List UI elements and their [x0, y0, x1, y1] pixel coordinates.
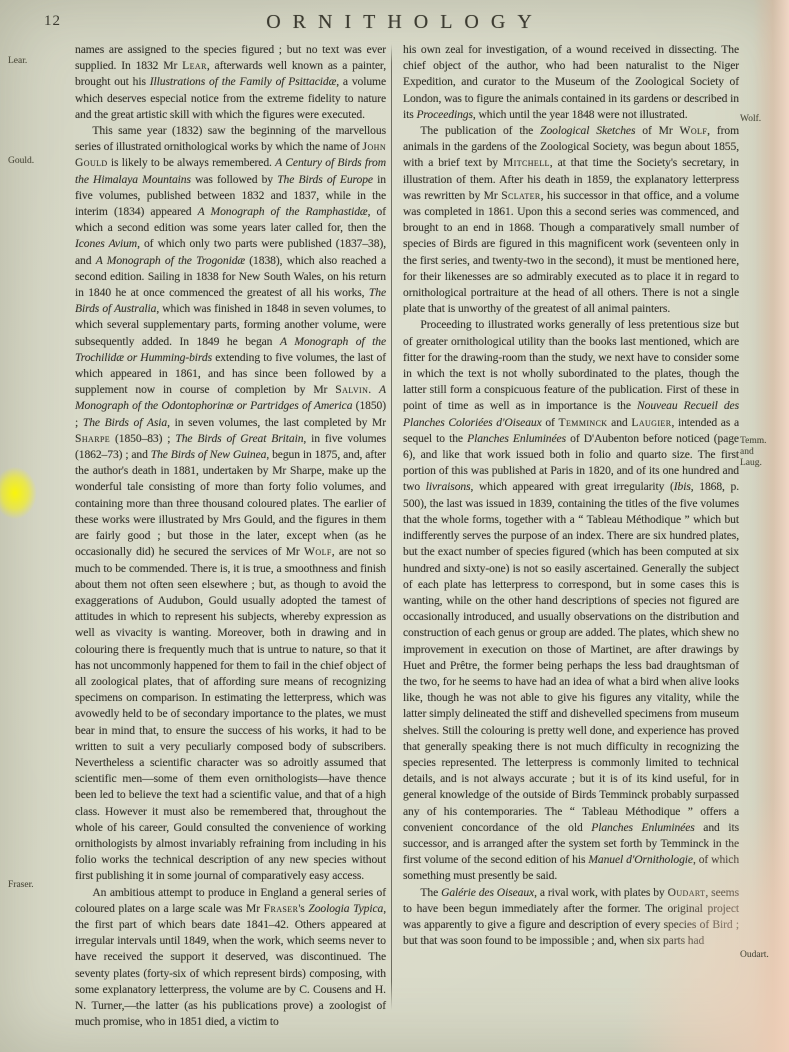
- book-page: 12 ORNITHOLOGY names are assigned to the…: [0, 0, 789, 1052]
- margin-note-line: and: [740, 447, 789, 458]
- work-title: The Birds of New Guinea: [151, 448, 267, 461]
- page-number: 12: [44, 13, 61, 30]
- person-name: Fraser: [264, 902, 299, 915]
- text-run: , begun in 1875, and, after the author's…: [75, 448, 386, 558]
- text-run: , the first part of which bears date 184…: [75, 902, 386, 1028]
- work-title: Planches Enluminées: [467, 432, 566, 445]
- margin-note-line: Gould.: [8, 156, 70, 167]
- text-run: 's: [298, 902, 308, 915]
- margin-note-line: Laug.: [740, 458, 789, 469]
- text-run: of: [542, 416, 559, 429]
- person-name: Lear: [182, 59, 207, 72]
- margin-note: Fraser.: [8, 880, 70, 891]
- margin-note-line: Oudart.: [740, 950, 789, 961]
- work-title: livraisons: [426, 480, 471, 493]
- person-name: Wolf: [680, 124, 708, 137]
- margin-note: Oudart.: [740, 950, 789, 961]
- work-title: Galérie des Oiseaux: [441, 886, 534, 899]
- paragraph: names are assigned to the species figure…: [75, 42, 386, 123]
- work-title: The Birds of Great Britain: [175, 432, 303, 445]
- work-title: The Birds of Europe: [277, 173, 373, 186]
- text-run: This same year (1832) saw the beginning …: [75, 124, 386, 153]
- paragraph: This same year (1832) saw the beginning …: [75, 123, 386, 885]
- work-title: A Monograph of the Trogonidæ: [96, 254, 245, 267]
- margin-note-line: Fraser.: [8, 880, 70, 891]
- text-run: of Mr: [635, 124, 679, 137]
- right-column: his own zeal for investigation, of a wou…: [403, 42, 739, 1030]
- text-run: is likely to be always remembered.: [108, 156, 276, 169]
- margin-note: Wolf.: [740, 114, 789, 125]
- work-title: A Monograph of the Ramphastidæ: [198, 205, 368, 218]
- margin-note: Lear.: [8, 56, 70, 67]
- margin-note-line: Wolf.: [740, 114, 789, 125]
- work-title: Proceedings: [416, 108, 472, 121]
- work-title: Zoologia Typica: [308, 902, 383, 915]
- work-title: Icones Avium: [75, 237, 137, 250]
- page-edge: [753, 0, 789, 1052]
- text-run: (1850–83) ;: [110, 432, 175, 445]
- text-run: , in seven volumes, the last completed b…: [167, 416, 386, 429]
- yellow-stain: [0, 458, 44, 528]
- left-column: names are assigned to the species figure…: [75, 42, 386, 1030]
- column-divider: [391, 44, 392, 1010]
- margin-note-line: Temm.: [740, 436, 789, 447]
- margin-note: Temm.andLaug.: [740, 436, 789, 469]
- text-run: , which until the year 1848 were not ill…: [473, 108, 688, 121]
- work-title: Zoological Sketches: [540, 124, 635, 137]
- person-name: Oudart: [668, 886, 706, 899]
- text-run: , are not so much to be commended. There…: [75, 545, 386, 882]
- person-name: Sharpe: [75, 432, 110, 445]
- text-columns: names are assigned to the species figure…: [75, 42, 739, 1030]
- paragraph: An ambitious attempt to produce in Engla…: [75, 885, 386, 1031]
- person-name: Mitchell: [503, 156, 550, 169]
- work-title: Illustrations of the Family of Psittacid…: [150, 75, 336, 88]
- work-title: The Birds of Asia: [83, 416, 167, 429]
- paragraph: Proceeding to illustrated works generall…: [403, 317, 739, 884]
- text-run: , a rival work, with plates by: [534, 886, 667, 899]
- work-title: Manuel d'Ornithologie: [588, 853, 693, 866]
- margin-note: Gould.: [8, 156, 70, 167]
- margin-note-line: Lear.: [8, 56, 70, 67]
- text-run: , 1868, p. 500), the last was issued in …: [403, 480, 739, 833]
- work-title: Planches Enluminées: [591, 821, 694, 834]
- paragraph: his own zeal for investigation, of a wou…: [403, 42, 739, 123]
- text-run: and: [607, 416, 631, 429]
- page-header: 12 ORNITHOLOGY: [0, 0, 789, 42]
- running-title: ORNITHOLOGY: [75, 11, 735, 34]
- person-name: Sclater: [501, 189, 540, 202]
- text-run: was followed by: [191, 173, 277, 186]
- text-run: , his successor in that office, and a vo…: [403, 189, 739, 315]
- paragraph: The Galérie des Oiseaux, a rival work, w…: [403, 885, 739, 950]
- person-name: Laugier: [631, 416, 671, 429]
- paragraph: The publication of the Zoological Sketch…: [403, 123, 739, 317]
- text-run: The: [420, 886, 441, 899]
- person-name: Wolf: [304, 545, 332, 558]
- text-run: .: [368, 383, 379, 396]
- person-name: Salvin: [335, 383, 368, 396]
- person-name: Temminck: [559, 416, 608, 429]
- text-run: , which appeared with great irregularity…: [471, 480, 674, 493]
- work-title: Ibis: [674, 480, 691, 493]
- text-run: The publication of the: [420, 124, 540, 137]
